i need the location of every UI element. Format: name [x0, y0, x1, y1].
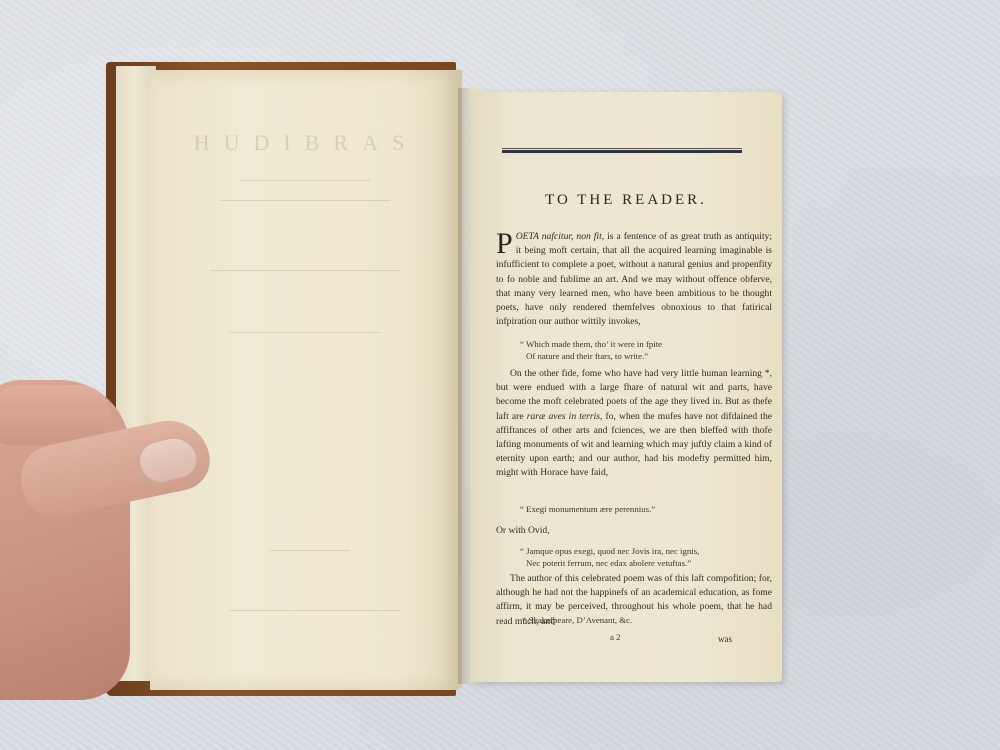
drop-cap: P [496, 231, 513, 257]
or-with-ovid: Or with Ovid, [496, 524, 772, 538]
quote-3-line-2: Nec poterit ferrum, nec edax abolere vet… [520, 558, 760, 570]
show-through-line [230, 332, 380, 333]
quote-2: “ Exegi monumentum ære perennius.” [520, 504, 760, 516]
quote-1-line-1: “ Which made them, tho’ it were in fpite [520, 339, 760, 351]
right-page: TO THE READER. POETA nafcitur, non fit, … [470, 92, 782, 682]
latin-lead: OETA nafcitur, non fit, [516, 231, 604, 242]
paragraph-2: On the other fide, fome who have had ver… [496, 367, 772, 481]
show-through-line [210, 270, 400, 271]
header-rule [502, 148, 742, 153]
signature-mark: a 2 [610, 632, 621, 642]
quote-3-line-1: “ Jamque opus exegi, quod nec Jovis ira,… [520, 546, 760, 558]
show-through-line [220, 200, 390, 201]
paragraph-2-italic: raræ aves in terris, [527, 411, 603, 422]
footnote: * Shakefpeare, D’Avenant, &c. [522, 615, 632, 625]
quote-1: “ Which made them, tho’ it were in fpite… [520, 339, 760, 362]
quote-1-line-2: Of nature and their ftars, to write.” [520, 351, 760, 363]
show-through-line [270, 550, 350, 551]
catchword: was [718, 634, 732, 644]
page-title: TO THE READER. [470, 192, 782, 209]
show-through-line [240, 180, 370, 181]
show-through-title: HUDIBRAS [150, 130, 462, 156]
paragraph-1: POETA nafcitur, non fit, is a fentence o… [496, 230, 772, 329]
photo-scene: HUDIBRAS TO THE READER. POETA nafcitur, … [0, 0, 1000, 750]
quote-3: “ Jamque opus exegi, quod nec Jovis ira,… [520, 546, 760, 569]
show-through-line [230, 610, 400, 611]
left-page: HUDIBRAS [150, 70, 462, 690]
paragraph-1-text: is a fentence of as great truth as antiq… [496, 231, 772, 327]
